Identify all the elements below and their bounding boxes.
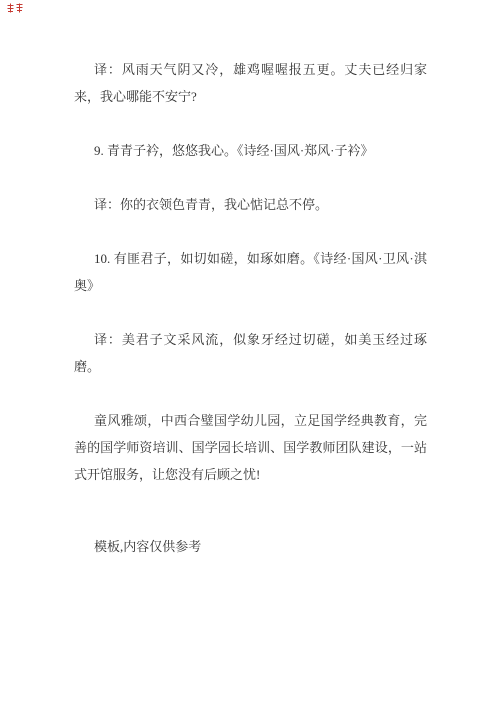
paragraph-promo: 童风雅颂，中西合璧国学幼儿园，立足国学经典教育，完善的国学师资培训、国学园长培训… [74, 407, 427, 488]
paragraph-verse-10: 10. 有匪君子，如切如磋，如琢如磨。《诗经·国风·卫风·淇奥》 [74, 245, 427, 299]
document-body: 译：风雨天气阴又冷，雄鸡喔喔报五更。丈夫已经归家来，我心哪能不安宁? 9. 青青… [74, 56, 427, 560]
paragraph-translation-9: 译：你的衣领色青青，我心惦记总不停。 [74, 191, 427, 218]
document-page: 译：风雨天气阴又冷，雄鸡喔喔报五更。丈夫已经归家来，我心哪能不安宁? 9. 青青… [0, 0, 500, 708]
footer-note: 模板,内容仅供参考 [74, 533, 427, 560]
paragraph-translation-8: 译：风雨天气阴又冷，雄鸡喔喔报五更。丈夫已经归家来，我心哪能不安宁? [74, 56, 427, 110]
paragraph-translation-10: 译：美君子文采风流，似象牙经过切磋，如美玉经过琢磨。 [74, 326, 427, 380]
red-corner-watermark-icon [7, 3, 23, 14]
paragraph-verse-9: 9. 青青子衿，悠悠我心。《诗经·国风·郑风·子衿》 [74, 137, 427, 164]
